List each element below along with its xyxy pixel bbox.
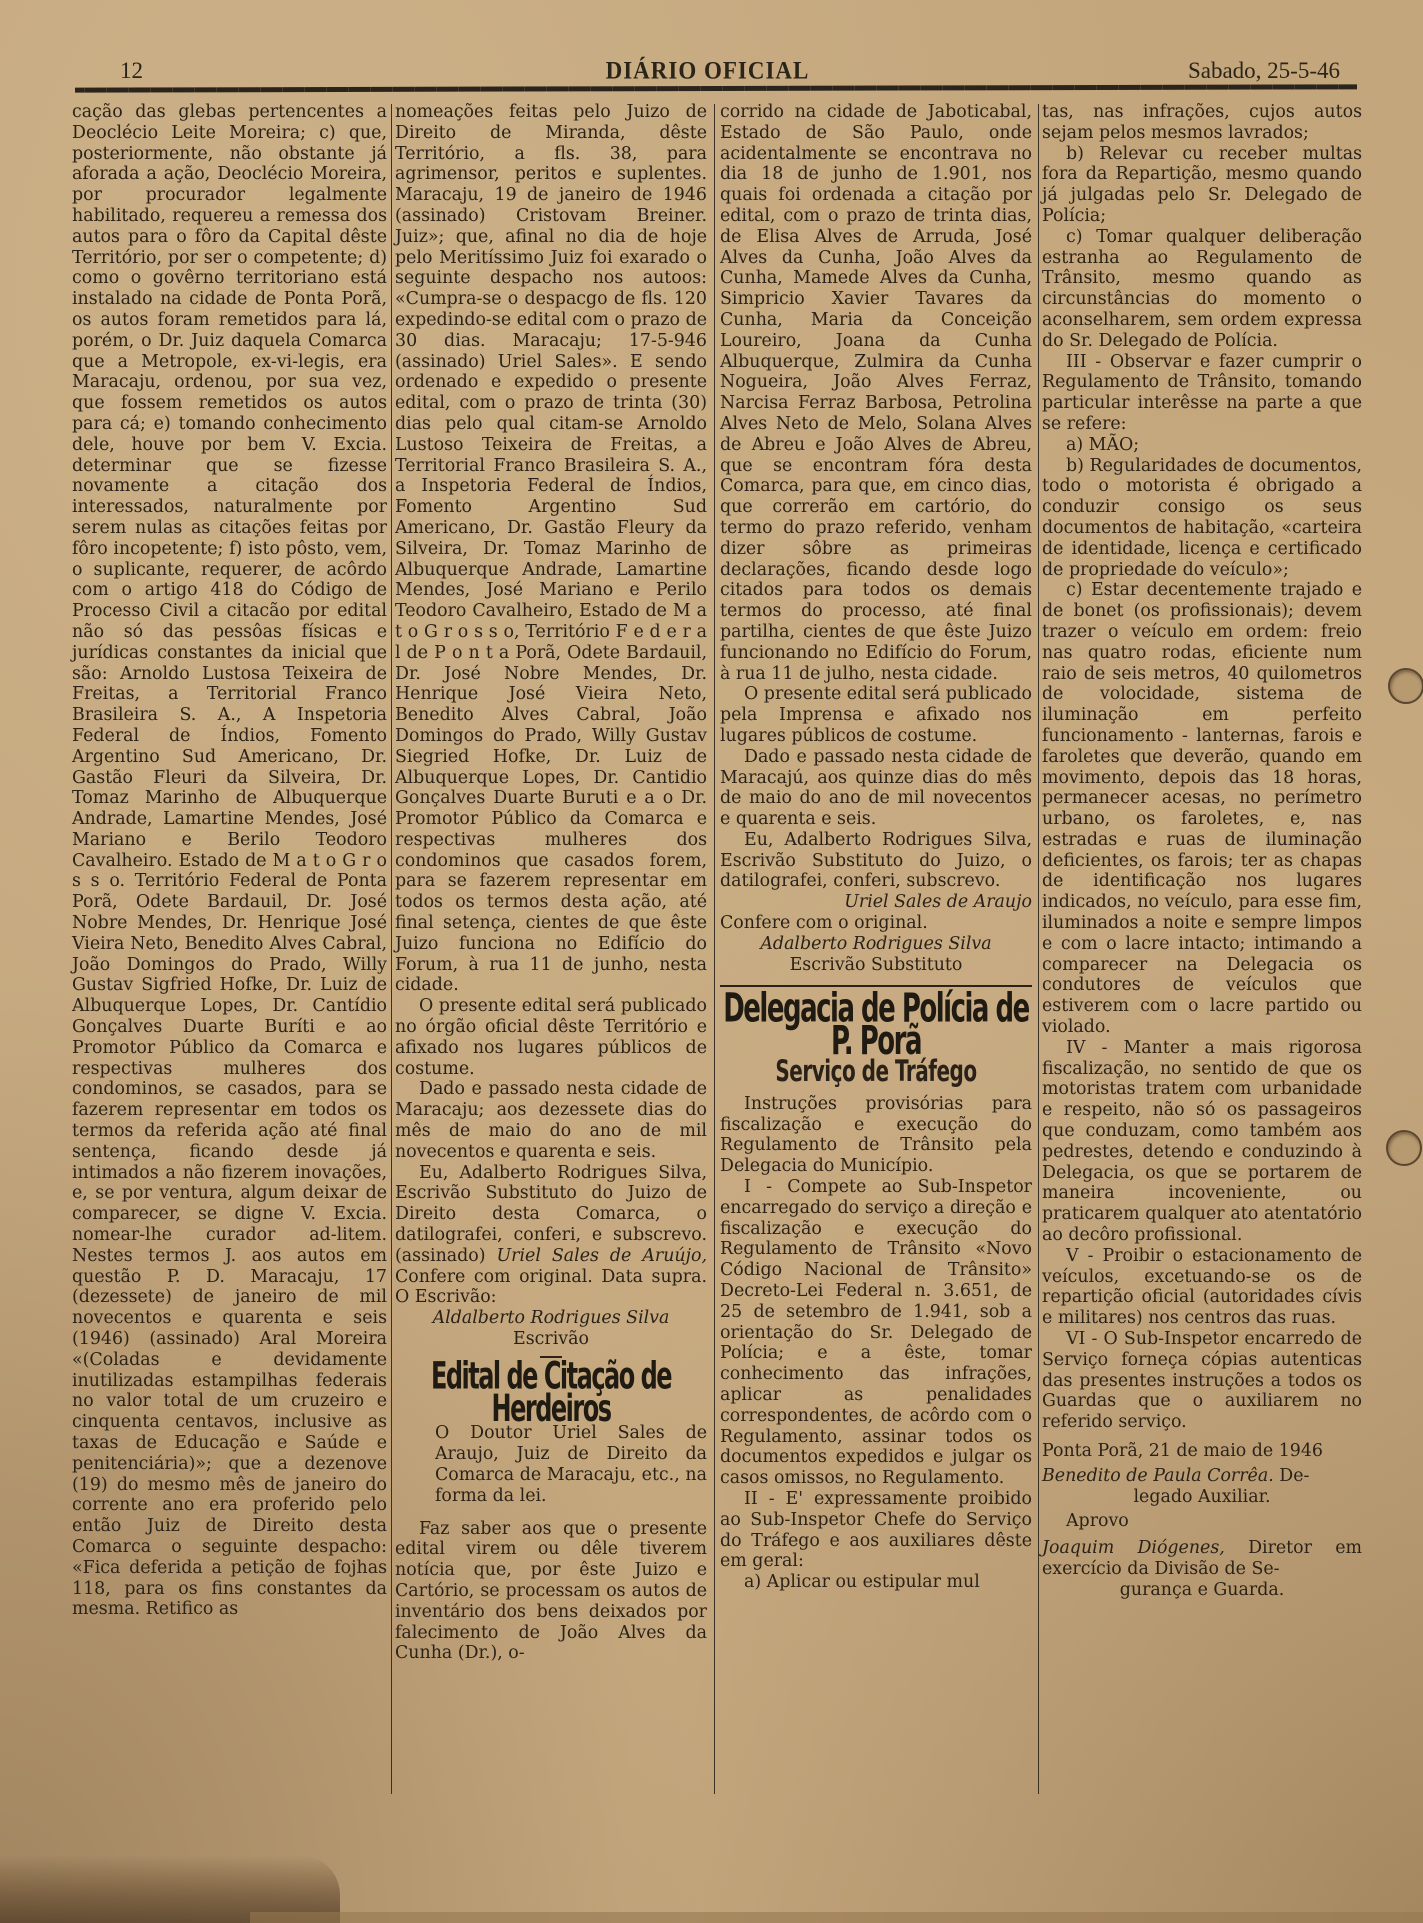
- article-paragraph: Eu, Adalberto Rodrigues Silva, Escrivão …: [395, 1163, 707, 1309]
- place-date: Ponta Porã, 21 de maio de 1946: [1042, 1441, 1362, 1462]
- signer-1-name: Benedito de Paula Corrêa.: [1042, 1466, 1274, 1486]
- instructions-paragraph: V - Proibir o estacionamento de veículos…: [1042, 1246, 1362, 1329]
- column-divider: [391, 104, 392, 1794]
- column-divider: [714, 104, 715, 1794]
- article-paragraph: O presente edital será publicado pela Im…: [720, 684, 1032, 746]
- instructions-paragraph: I - Compete ao Sub-Inspetor encarregado …: [720, 1177, 1032, 1489]
- clerk-title: Escrivão Substituto: [720, 955, 1032, 976]
- instructions-paragraph: IV - Manter a mais rigorosa fiscalização…: [1042, 1038, 1362, 1246]
- section-subheading: Serviço de Tráfego: [720, 1056, 1032, 1086]
- instructions-paragraph: III - Observar e fazer cumprir o Regulam…: [1042, 352, 1362, 435]
- clerk-title: Escrivão: [395, 1329, 707, 1350]
- column-4: tas, nas infrações, cujos autos sejam pe…: [1042, 102, 1362, 1601]
- instructions-paragraph: a) MÃO;: [1042, 435, 1362, 456]
- instructions-paragraph: b) Relevar cu receber multas fora da Rep…: [1042, 144, 1362, 227]
- column-divider: [1038, 104, 1039, 1794]
- article-paragraph: O presente edital será publicado no órgã…: [395, 996, 707, 1079]
- article-paragraph: cação das glebas pertencentes a Deocléci…: [72, 102, 387, 1620]
- column-3: corrido na cidade de Jaboticabal, Estado…: [720, 102, 1032, 1593]
- edital-preamble: O Doutor Uriel Sales de Araujo, Juiz de …: [395, 1423, 707, 1506]
- paper-edge: [250, 1912, 1423, 1923]
- clerk-signature: Adalberto Rodrigues Silva: [720, 934, 1032, 955]
- binder-hole-icon: [1386, 1130, 1422, 1166]
- signer-2-name: Joaquim Diógenes,: [1042, 1538, 1225, 1558]
- article-paragraph: corrido na cidade de Jaboticabal, Estado…: [720, 102, 1032, 684]
- signer-1-title-cont: legado Auxiliar.: [1042, 1487, 1362, 1508]
- article-paragraph: Dado e passado nesta cidade de Maracaju;…: [395, 1079, 707, 1162]
- signer-1-title: De-: [1279, 1466, 1309, 1486]
- instructions-paragraph: a) Aplicar ou estipular mul: [720, 1572, 1032, 1593]
- column-2: nomeações feitas pelo Juizo de Direito d…: [395, 102, 707, 1664]
- judge-signature: Uriel Sales de Araujo: [720, 892, 1032, 913]
- newspaper-page: 12 DIÁRIO OFICIAL Sabado, 25-5-46 cação …: [0, 0, 1423, 1923]
- approval-label: Aprovo: [1042, 1511, 1362, 1532]
- signer-2: Joaquim Diógenes, Diretor em exercício d…: [1042, 1538, 1362, 1580]
- masthead-rule: [75, 84, 1357, 92]
- signer-1: Benedito de Paula Corrêa. De-: [1042, 1466, 1362, 1487]
- signer-2-title-cont: gurança e Guarda.: [1042, 1580, 1362, 1601]
- article-paragraph: Dado e passado nesta cidade de Maracajú,…: [720, 747, 1032, 830]
- article-paragraph: nomeações feitas pelo Juizo de Direito d…: [395, 102, 707, 996]
- issue-date: Sabado, 25-5-46: [1188, 58, 1340, 84]
- confere-text: Confere com original. Data supra. O Escr…: [395, 1267, 707, 1308]
- section-heading-delegacia: Delegacia de Polícia de P. Porã: [720, 994, 1032, 1058]
- instructions-paragraph: c) Estar decentemente trajado e de bonet…: [1042, 580, 1362, 1038]
- binder-hole-icon: [1388, 668, 1423, 704]
- edital-body: Faz saber aos que o presente edital vire…: [395, 1519, 707, 1665]
- column-1: cação das glebas pertencentes a Deocléci…: [72, 102, 387, 1620]
- instructions-paragraph: VI - O Sub-Inspetor encarredo de Serviço…: [1042, 1329, 1362, 1433]
- masthead: 12 DIÁRIO OFICIAL Sabado, 25-5-46: [75, 58, 1340, 84]
- section-heading-edital: Edital de Citação de Herdeiros: [395, 1360, 707, 1424]
- instructions-paragraph: c) Tomar qualquer deliberação estranha a…: [1042, 227, 1362, 352]
- newspaper-title: DIÁRIO OFICIAL: [75, 57, 1340, 85]
- instructions-paragraph: II - E' expressamente proibido ao Sub-In…: [720, 1489, 1032, 1572]
- article-paragraph: Eu, Adalberto Rodrigues Silva, Escrivão …: [720, 830, 1032, 892]
- judge-signature: Uriel Sales de Aruújo,: [497, 1246, 707, 1266]
- instructions-paragraph: b) Regularidades de documentos, todo o m…: [1042, 456, 1362, 581]
- clerk-signature: Aldalberto Rodrigues Silva: [395, 1308, 707, 1329]
- instructions-paragraph: tas, nas infrações, cujos autos sejam pe…: [1042, 102, 1362, 144]
- instructions-paragraph: Instruções provisórias para fiscalização…: [720, 1094, 1032, 1177]
- confere-text: Confere com o original.: [720, 913, 1032, 934]
